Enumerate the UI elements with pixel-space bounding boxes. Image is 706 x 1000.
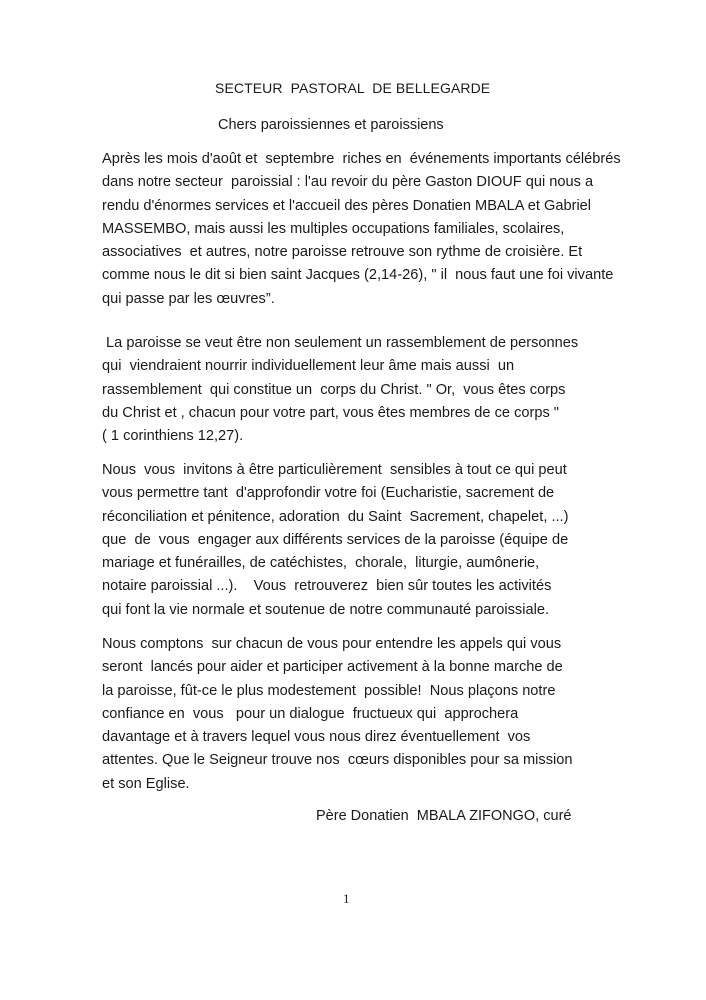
text-line: seront lancés pour aider et participer a… bbox=[102, 656, 602, 679]
signature: Père Donatien MBALA ZIFONGO, curé bbox=[316, 808, 571, 824]
text-line: mariage et funérailles, de catéchistes, … bbox=[102, 552, 602, 575]
text-line: notaire paroissial ...). Vous retrouvere… bbox=[102, 575, 602, 598]
text-line: ( 1 corinthiens 12,27). bbox=[102, 425, 602, 448]
salutation: Chers paroissiennes et paroissiens bbox=[218, 117, 444, 133]
document-page: SECTEUR PASTORAL DE BELLEGARDE Chers par… bbox=[0, 0, 706, 1000]
paragraph-intro: Après les mois d'août et septembre riche… bbox=[102, 148, 602, 311]
text-line: dans notre secteur paroissial : l'au rev… bbox=[102, 171, 602, 194]
paragraph-appeal: Nous comptons sur chacun de vous pour en… bbox=[102, 633, 602, 796]
text-line: la paroisse, fût-ce le plus modestement … bbox=[102, 680, 602, 703]
text-line: et son Eglise. bbox=[102, 773, 602, 796]
text-line: rendu d'énormes services et l'accueil de… bbox=[102, 195, 602, 218]
paragraph-invitation: Nous vous invitons à être particulièreme… bbox=[102, 459, 602, 622]
text-line: du Christ et , chacun pour votre part, v… bbox=[102, 402, 602, 425]
text-line: La paroisse se veut être non seulement u… bbox=[102, 332, 602, 355]
text-line: qui viendraient nourrir individuellement… bbox=[102, 355, 602, 378]
text-line: qui font la vie normale et soutenue de n… bbox=[102, 599, 602, 622]
page-number: 1 bbox=[343, 891, 350, 907]
document-heading: SECTEUR PASTORAL DE BELLEGARDE bbox=[215, 80, 490, 96]
text-line: rassemblement qui constitue un corps du … bbox=[102, 379, 602, 402]
text-line: Après les mois d'août et septembre riche… bbox=[102, 148, 602, 171]
text-line: comme nous le dit si bien saint Jacques … bbox=[102, 264, 602, 287]
text-line: associatives et autres, notre paroisse r… bbox=[102, 241, 602, 264]
text-line: réconciliation et pénitence, adoration d… bbox=[102, 506, 602, 529]
text-line: Nous comptons sur chacun de vous pour en… bbox=[102, 633, 602, 656]
text-line: MASSEMBO, mais aussi les multiples occup… bbox=[102, 218, 602, 241]
text-line: que de vous engager aux différents servi… bbox=[102, 529, 602, 552]
paragraph-parish: La paroisse se veut être non seulement u… bbox=[102, 332, 602, 448]
text-line: Nous vous invitons à être particulièreme… bbox=[102, 459, 602, 482]
text-line: qui passe par les œuvres”. bbox=[102, 288, 602, 311]
text-line: vous permettre tant d'approfondir votre … bbox=[102, 482, 602, 505]
text-line: confiance en vous pour un dialogue fruct… bbox=[102, 703, 602, 726]
text-line: davantage et à travers lequel vous nous … bbox=[102, 726, 602, 749]
text-line: attentes. Que le Seigneur trouve nos cœu… bbox=[102, 749, 602, 772]
